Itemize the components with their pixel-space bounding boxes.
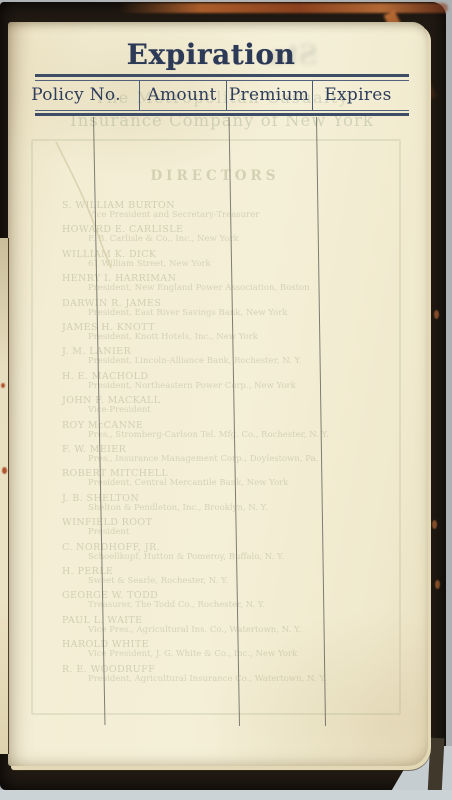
director-entry: HENRY I. HARRIMANPresident, New England … [62, 273, 407, 293]
header-bottom-rule-thick [35, 113, 409, 116]
director-affiliation: Vice-President [88, 405, 407, 415]
header-divider-2 [226, 81, 227, 110]
top-rule-thick [35, 74, 409, 77]
column-header-policy-no: Policy No. [31, 85, 121, 105]
director-entry: ROBERT MITCHELLPresident, Central Mercan… [62, 468, 407, 488]
bleed-through-layer: Sta The Metropolitan Casualty Insurance … [0, 0, 452, 800]
director-affiliation: President [88, 527, 407, 537]
scanned-ledger-page: Sta The Metropolitan Casualty Insurance … [0, 0, 452, 800]
director-entry: H. PERLESweet & Searle, Rochester, N. Y. [62, 566, 407, 586]
director-entry: PAUL L. WAITEVice Pres., Agricultural In… [62, 615, 407, 635]
header-divider-3 [312, 81, 313, 110]
bleed-directors-heading: DIRECTORS [35, 168, 395, 184]
director-affiliation: President, New England Power Association… [88, 283, 407, 293]
director-entry: S. WILLIAM BURTONVice President and Secr… [62, 200, 407, 220]
director-entry: JOHN F. MACKALLVice-President [62, 395, 407, 415]
director-entry: H. E. MACHOLDPresident, Northeastern Pow… [62, 371, 407, 391]
director-affiliation: F. B. Carlisle & Co., Inc., New York [88, 234, 407, 244]
header-divider-1 [139, 81, 140, 110]
director-affiliation: Shelton & Pendleton, Inc., Brooklyn, N. … [88, 503, 407, 513]
director-affiliation: 61 William Street, New York [88, 259, 407, 269]
director-affiliation: Vice President and Secretary-Treasurer [88, 210, 407, 220]
director-affiliation: President, Agricultural Insurance Co., W… [88, 674, 407, 684]
director-affiliation: Vice Pres., Agricultural Ins. Co., Water… [88, 625, 407, 635]
director-affiliation: Pres., Insurance Management Corp., Doyle… [88, 454, 407, 464]
director-affiliation: President, East River Savings Bank, New … [88, 308, 407, 318]
director-entry: HAROLD WHITEVice President, J. G. White … [62, 639, 407, 659]
director-entry: F. W. MEIERPres., Insurance Management C… [62, 444, 407, 464]
director-affiliation: President, Knott Hotels, Inc., New York [88, 332, 407, 342]
column-header-premium: Premium [229, 85, 309, 105]
column-header-expires: Expires [324, 85, 391, 105]
director-affiliation: Treasurer, The Todd Co., Rochester, N. Y… [88, 600, 407, 610]
director-affiliation: Vice President, J. G. White & Co., Inc.,… [88, 649, 407, 659]
director-entry: HOWARD E. CARLISLEF. B. Carlisle & Co., … [62, 224, 407, 244]
bleed-directors-list: S. WILLIAM BURTONVice President and Secr… [62, 200, 407, 680]
director-affiliation: President, Lincoln-Alliance Bank, Roches… [88, 356, 407, 366]
director-entry: DARWIN R. JAMESPresident, East River Sav… [62, 298, 407, 318]
column-header-amount: Amount [147, 85, 216, 105]
director-entry: GEORGE W. TODDTreasurer, The Todd Co., R… [62, 590, 407, 610]
header-bottom-rule-thin [35, 110, 409, 111]
director-entry: J. M. LANIERPresident, Lincoln-Alliance … [62, 346, 407, 366]
director-entry: R. E. WOODRUFFPresident, Agricultural In… [62, 664, 407, 684]
director-entry: WILLIAM K. DICK61 William Street, New Yo… [62, 249, 407, 269]
director-entry: JAMES H. KNOTTPresident, Knott Hotels, I… [62, 322, 407, 342]
director-affiliation: President, Central Mercantile Bank, New … [88, 478, 407, 488]
director-affiliation: Sweet & Searle, Rochester, N. Y. [88, 576, 407, 586]
top-rule-thin [35, 80, 409, 81]
director-entry: ROY McCANNEPres., Stromberg-Carlson Tel.… [62, 420, 407, 440]
director-affiliation: Schoellkopf, Hutton & Pomeroy, Buffalo, … [88, 552, 407, 562]
director-entry: J. B. SHELTONShelton & Pendleton, Inc., … [62, 493, 407, 513]
director-affiliation: Pres., Stromberg-Carlson Tel. Mfg. Co., … [88, 430, 407, 440]
page-title: Expiration [30, 38, 392, 71]
director-entry: C. NORDHOFF, JR.Schoellkopf, Hutton & Po… [62, 542, 407, 562]
director-affiliation: President, Northeastern Power Corp., New… [88, 381, 407, 391]
director-entry: WINFIELD ROOTPresident [62, 517, 407, 537]
